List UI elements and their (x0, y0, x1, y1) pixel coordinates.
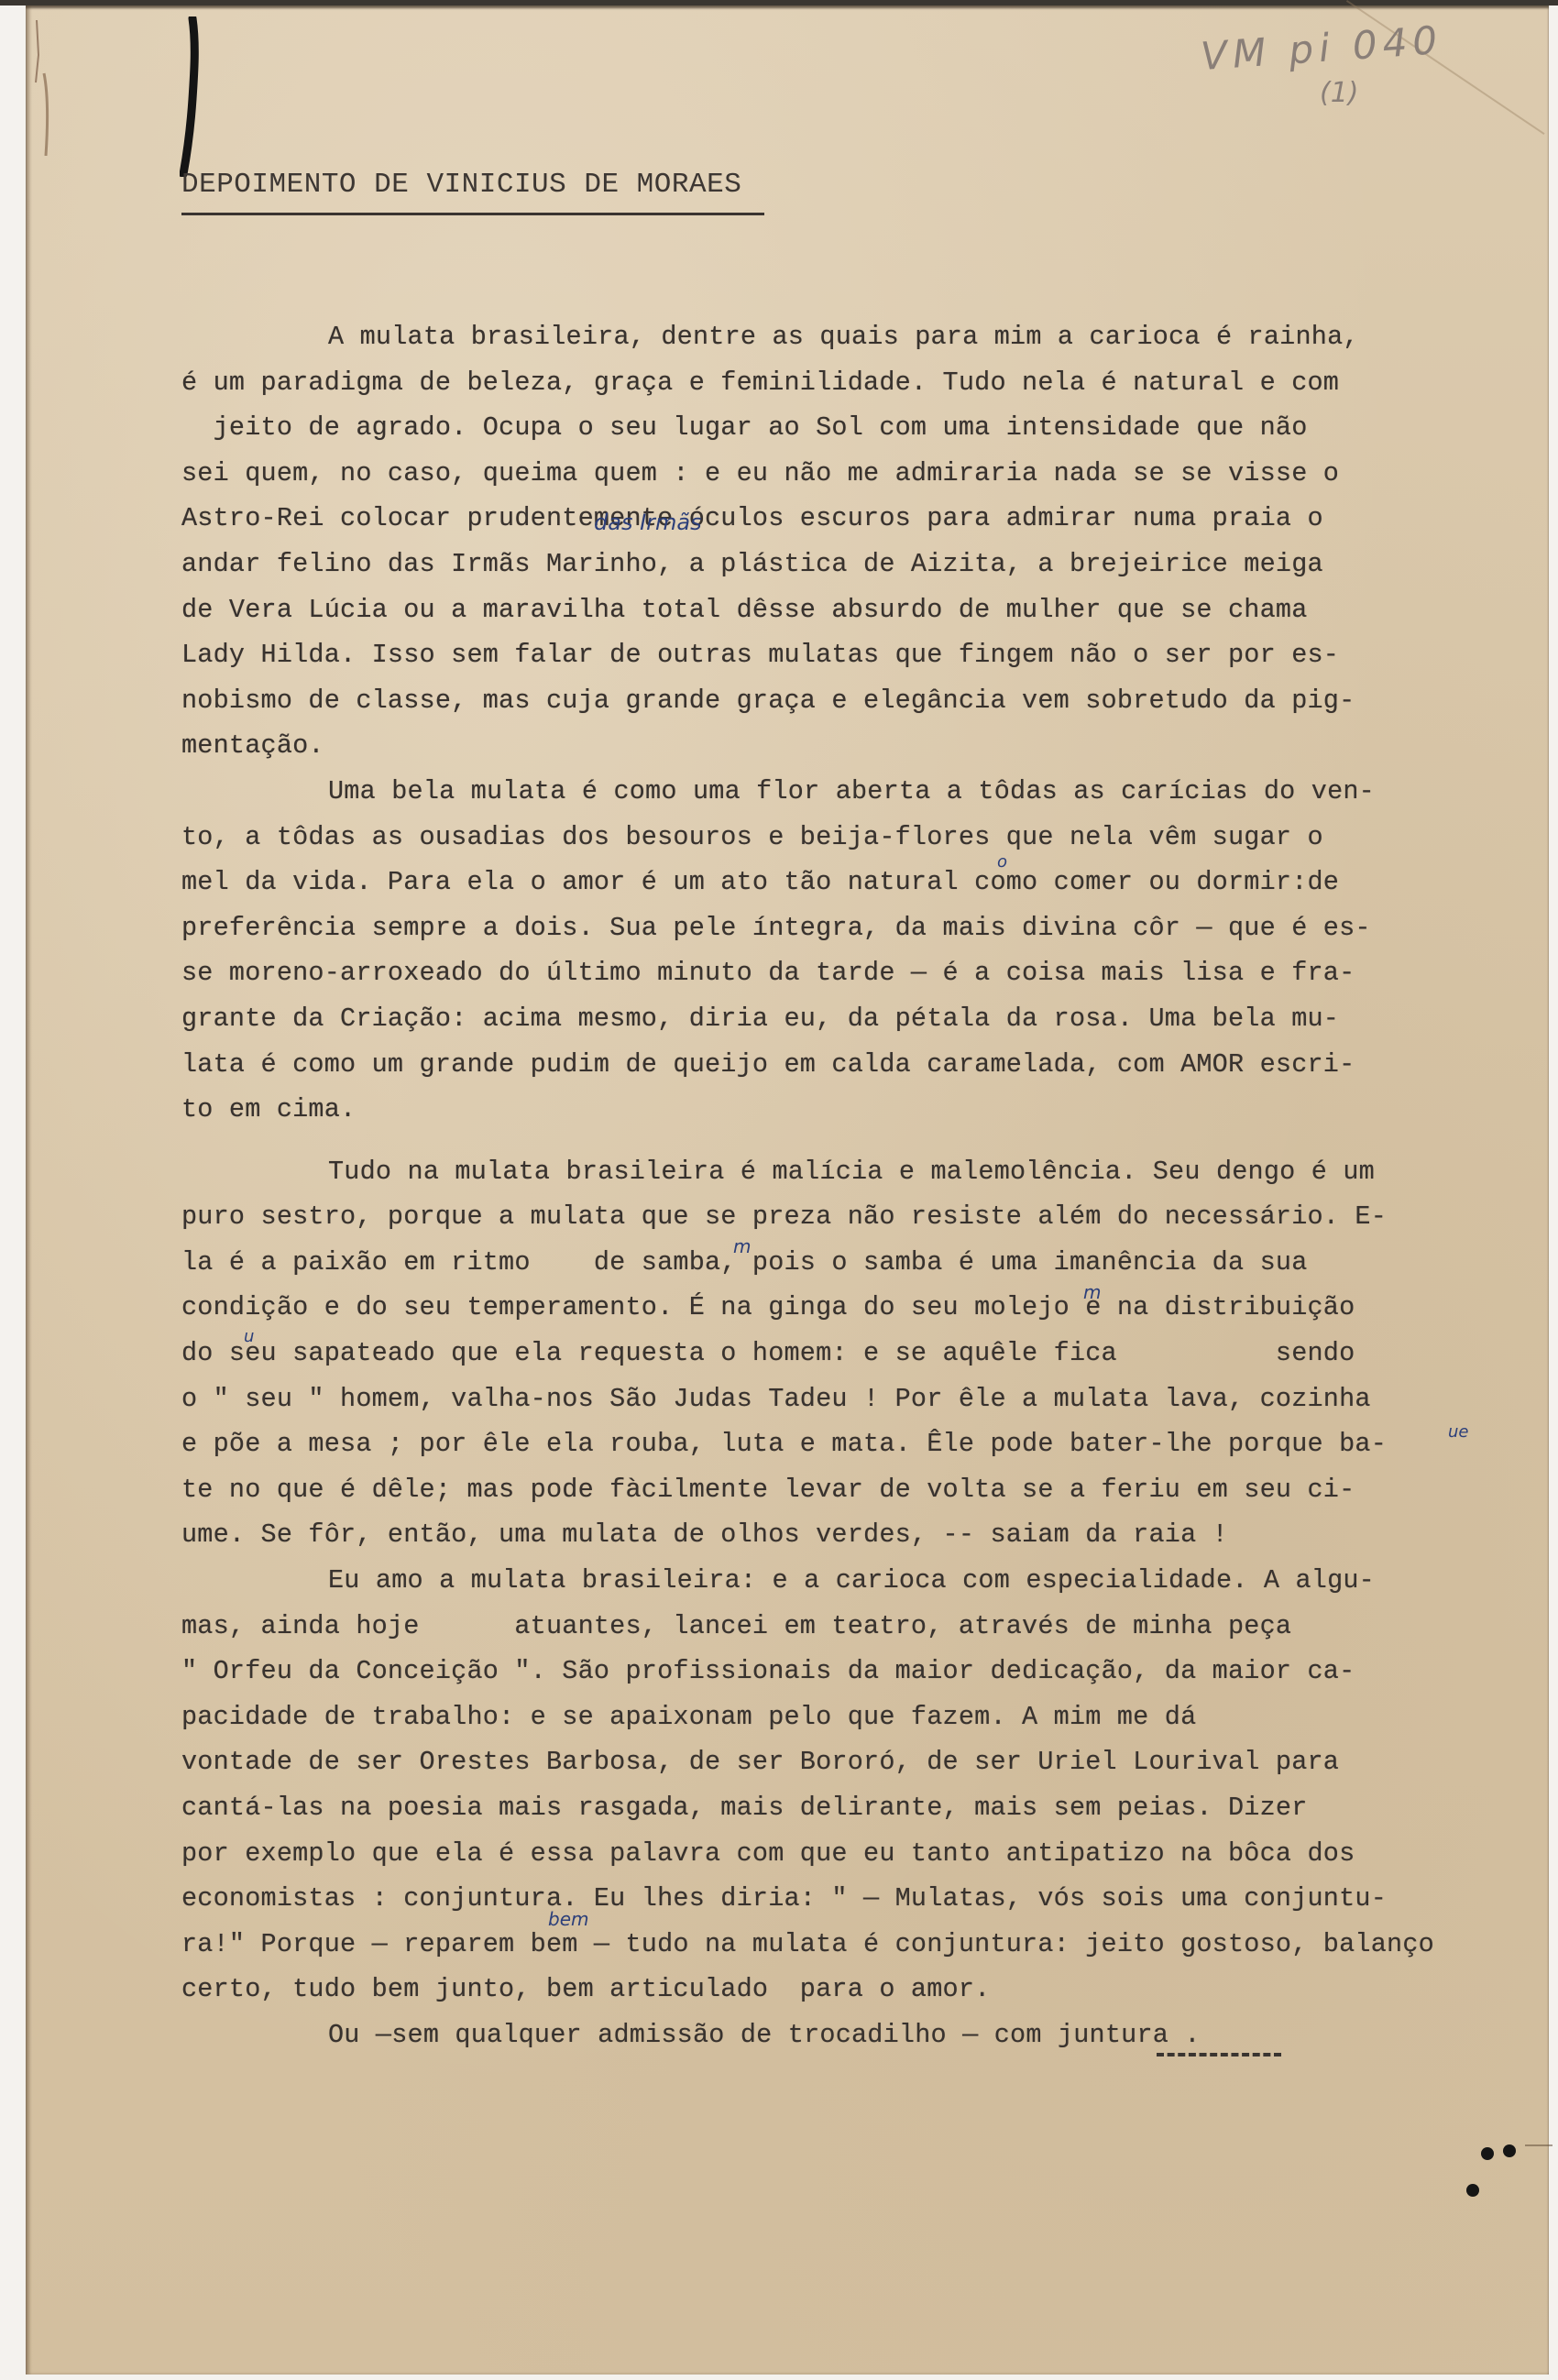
document-body: A mulata brasileira, dentre as quais par… (181, 314, 1538, 2058)
paragraph-2: Uma bela mulata é como uma flor aberta a… (181, 769, 1538, 1133)
archive-page-number: (1) (1320, 77, 1359, 109)
text-line: mel da vida. Para ela o amor é um ato tã… (181, 860, 1538, 905)
text-line: la é a paixão em ritmo de samba, pois o … (181, 1240, 1538, 1286)
text-line: por exemplo que ela é essa palavra com q… (181, 1831, 1538, 1877)
text-line: preferência sempre a dois. Sua pele ínte… (181, 905, 1538, 951)
ink-dot (1503, 2144, 1516, 2157)
text-line: de Vera Lúcia ou a maravilha total dêsse… (181, 587, 1538, 633)
text-line: economistas : conjuntura. Eu lhes diria:… (181, 1876, 1538, 1922)
handwritten-insertion: das Irmãs (594, 510, 702, 535)
paper-crease (1525, 2144, 1553, 2146)
text-line: grante da Criação: acima mesmo, diria eu… (181, 996, 1538, 1042)
text-line: Astro-Rei colocar prudentemente óculos e… (181, 496, 1538, 542)
text-line: o " seu " homem, valha-nos São Judas Tad… (181, 1376, 1538, 1422)
text-line: condição e do seu temperamento. É na gin… (181, 1285, 1538, 1331)
paragraph-5: Ou —sem qualquer admissão de trocadilho … (181, 2013, 1538, 2058)
paragraph-gap (181, 1133, 1538, 1149)
text-line: andar felino das Irmãs Marinho, a plásti… (181, 542, 1538, 587)
text-line: A mulata brasileira, dentre as quais par… (181, 314, 1538, 360)
text-line: lata é como um grande pudim de queijo em… (181, 1042, 1538, 1088)
document-title: DEPOIMENTO DE VINICIUS DE MORAES (181, 169, 741, 201)
text-line: Uma bela mulata é como uma flor aberta a… (181, 769, 1538, 815)
text-line: Lady Hilda. Isso sem falar de outras mul… (181, 632, 1538, 678)
paragraph-3: Tudo na mulata brasileira é malícia e ma… (181, 1149, 1538, 1558)
black-ink-stroke-icon (180, 16, 200, 177)
handwritten-insertion: u (244, 1327, 254, 1346)
ink-dot (1466, 2184, 1479, 2197)
handwritten-insertion: m (1083, 1281, 1101, 1303)
text-line: jeito de agrado. Ocupa o seu lugar ao So… (181, 405, 1538, 451)
text-line: ra!" Porque — reparem bem — tudo na mula… (181, 1922, 1538, 1968)
text-line: pacidade de trabalho: e se apaixonam pel… (181, 1695, 1538, 1740)
text-line: to, a tôdas as ousadias dos besouros e b… (181, 815, 1538, 861)
text-line: cantá-las na poesia mais rasgada, mais d… (181, 1785, 1538, 1831)
title-underline (181, 213, 764, 215)
text-line: puro sestro, porque a mulata que se prez… (181, 1194, 1538, 1240)
handwritten-insertion: bem (548, 1908, 588, 1930)
text-line: se moreno-arroxeado do último minuto da … (181, 950, 1538, 996)
handwritten-insertion: ue (1448, 1422, 1468, 1442)
text-line: Eu amo a mulata brasileira: e a carioca … (181, 1558, 1538, 1604)
margin-stain-icon (27, 18, 55, 156)
text-line: sei quem, no caso, queima quem : e eu nã… (181, 451, 1538, 497)
paragraph-1: A mulata brasileira, dentre as quais par… (181, 314, 1538, 769)
text-line: Tudo na mulata brasileira é malícia e ma… (181, 1149, 1538, 1195)
word-underline (1157, 2053, 1281, 2056)
handwritten-insertion: o (997, 852, 1007, 872)
text-line: te no que é dêle; mas pode fàcilmente le… (181, 1467, 1538, 1513)
text-line: vontade de ser Orestes Barbosa, de ser B… (181, 1739, 1538, 1785)
text-line: " Orfeu da Conceição ". São profissionai… (181, 1649, 1538, 1695)
text-line: Ou —sem qualquer admissão de trocadilho … (181, 2013, 1538, 2058)
text-line: mentação. (181, 723, 1538, 769)
text-line: é um paradigma de beleza, graça e femini… (181, 360, 1538, 406)
text-line: e põe a mesa ; por êle ela rouba, luta e… (181, 1421, 1538, 1467)
text-line: certo, tudo bem junto, bem articulado pa… (181, 1967, 1538, 2013)
text-line: nobismo de classe, mas cuja grande graça… (181, 678, 1538, 724)
handwritten-insertion: m (733, 1235, 751, 1257)
ink-dot (1481, 2147, 1494, 2160)
text-line: do seu sapateado que ela requesta o home… (181, 1331, 1538, 1376)
text-line: to em cima. (181, 1087, 1538, 1133)
text-line: ume. Se fôr, então, uma mulata de olhos … (181, 1512, 1538, 1558)
text-line: mas, ainda hoje atuantes, lancei em teat… (181, 1604, 1538, 1650)
paragraph-4: Eu amo a mulata brasileira: e a carioca … (181, 1558, 1538, 2013)
